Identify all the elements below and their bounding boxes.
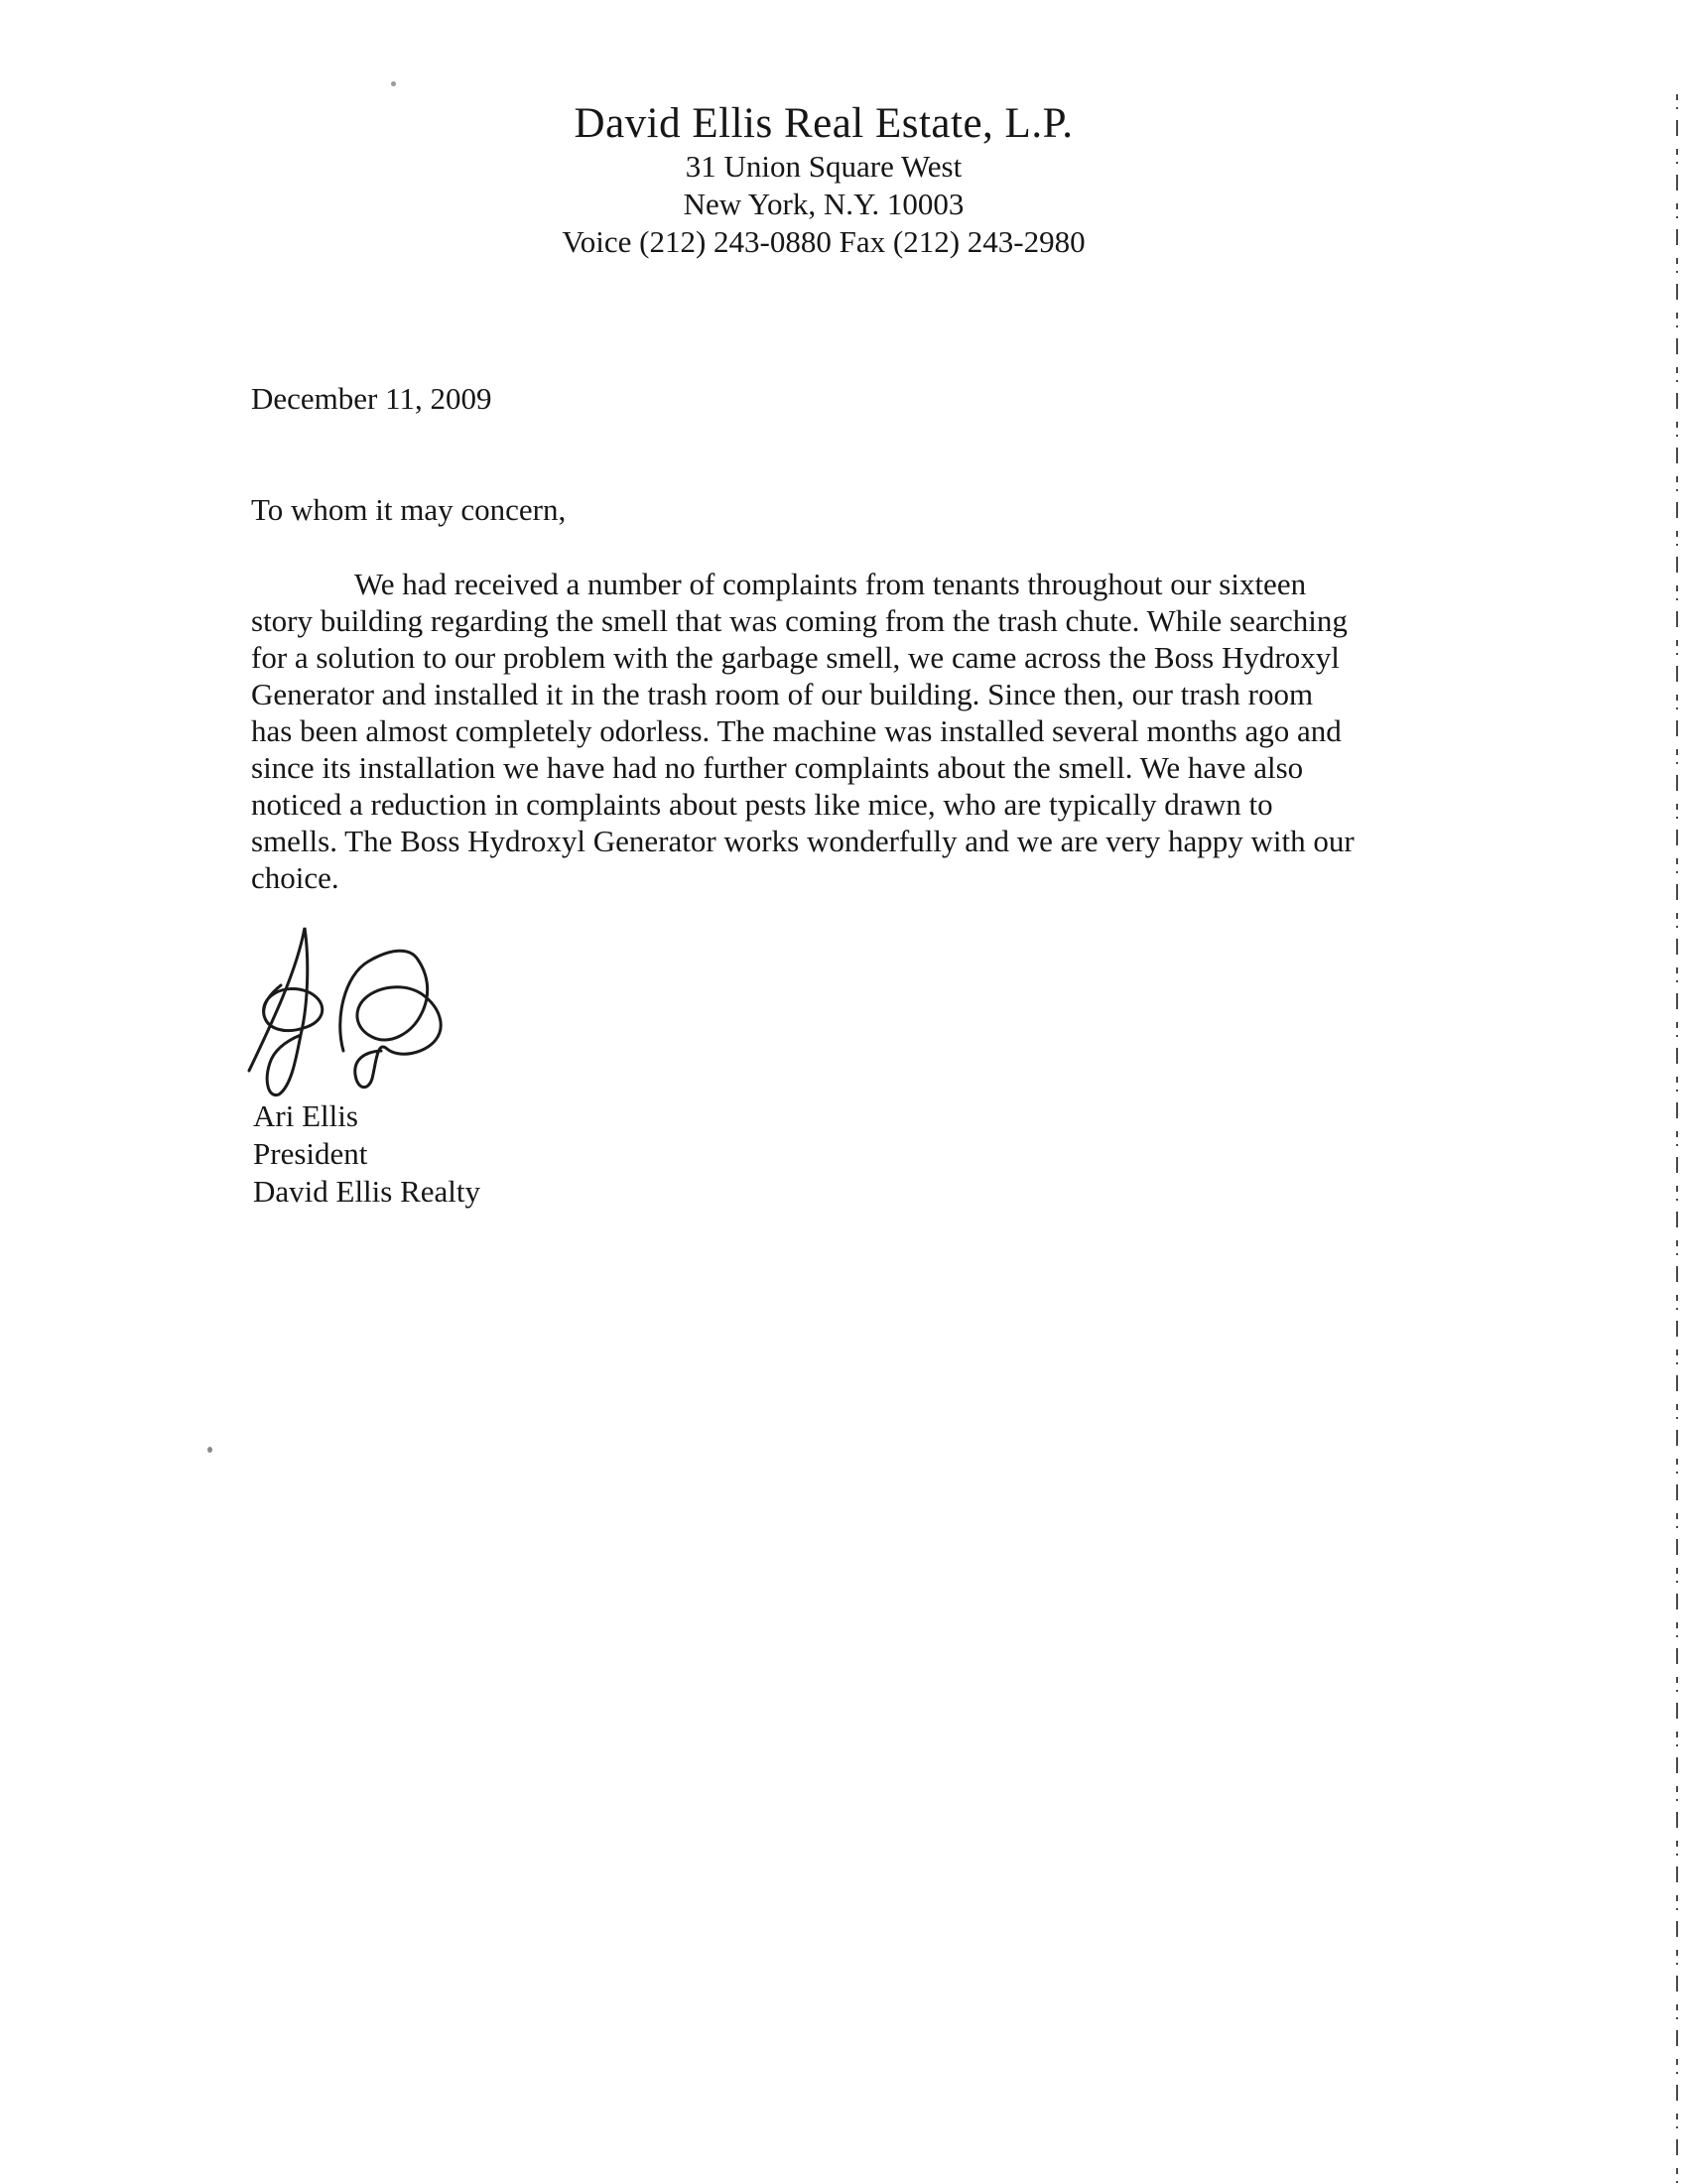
letterhead-phone-fax: Voice (212) 243-0880 Fax (212) 243-2980: [0, 223, 1647, 261]
scanned-letter-page: David Ellis Real Estate, L.P. 31 Union S…: [0, 0, 1687, 2184]
letterhead-city-state-zip: New York, N.Y. 10003: [0, 186, 1647, 223]
body-line: Generator and installed it in the trash …: [251, 676, 1355, 712]
body-line: story building regarding the smell that …: [251, 602, 1355, 639]
letterhead-street-address: 31 Union Square West: [0, 148, 1647, 186]
body-line: for a solution to our problem with the g…: [251, 639, 1355, 676]
scan-artifact-dotted-edge-line: [1676, 94, 1678, 2184]
scan-artifact-speck: [391, 81, 396, 86]
signer-title: President: [253, 1135, 480, 1173]
body-line: since its installation we have had no fu…: [251, 749, 1355, 786]
body-line: choice.: [251, 859, 1355, 896]
letterhead: David Ellis Real Estate, L.P. 31 Union S…: [0, 99, 1647, 261]
signer-name: Ari Ellis: [253, 1097, 480, 1135]
body-line: has been almost completely odorless. The…: [251, 712, 1355, 749]
letterhead-company-name: David Ellis Real Estate, L.P.: [0, 99, 1647, 148]
signer-company: David Ellis Realty: [253, 1173, 480, 1211]
letter-body: We had received a number of complaints f…: [251, 566, 1355, 896]
body-line: smells. The Boss Hydroxyl Generator work…: [251, 823, 1355, 859]
letter-date: December 11, 2009: [251, 381, 491, 417]
scan-artifact-speck: [207, 1447, 212, 1453]
signature-block: Ari Ellis President David Ellis Realty: [253, 1097, 480, 1211]
letter-salutation: To whom it may concern,: [251, 492, 566, 528]
body-line: noticed a reduction in complaints about …: [251, 786, 1355, 823]
body-line: We had received a number of complaints f…: [251, 566, 1355, 602]
handwritten-signature-scribble: [241, 924, 461, 1099]
